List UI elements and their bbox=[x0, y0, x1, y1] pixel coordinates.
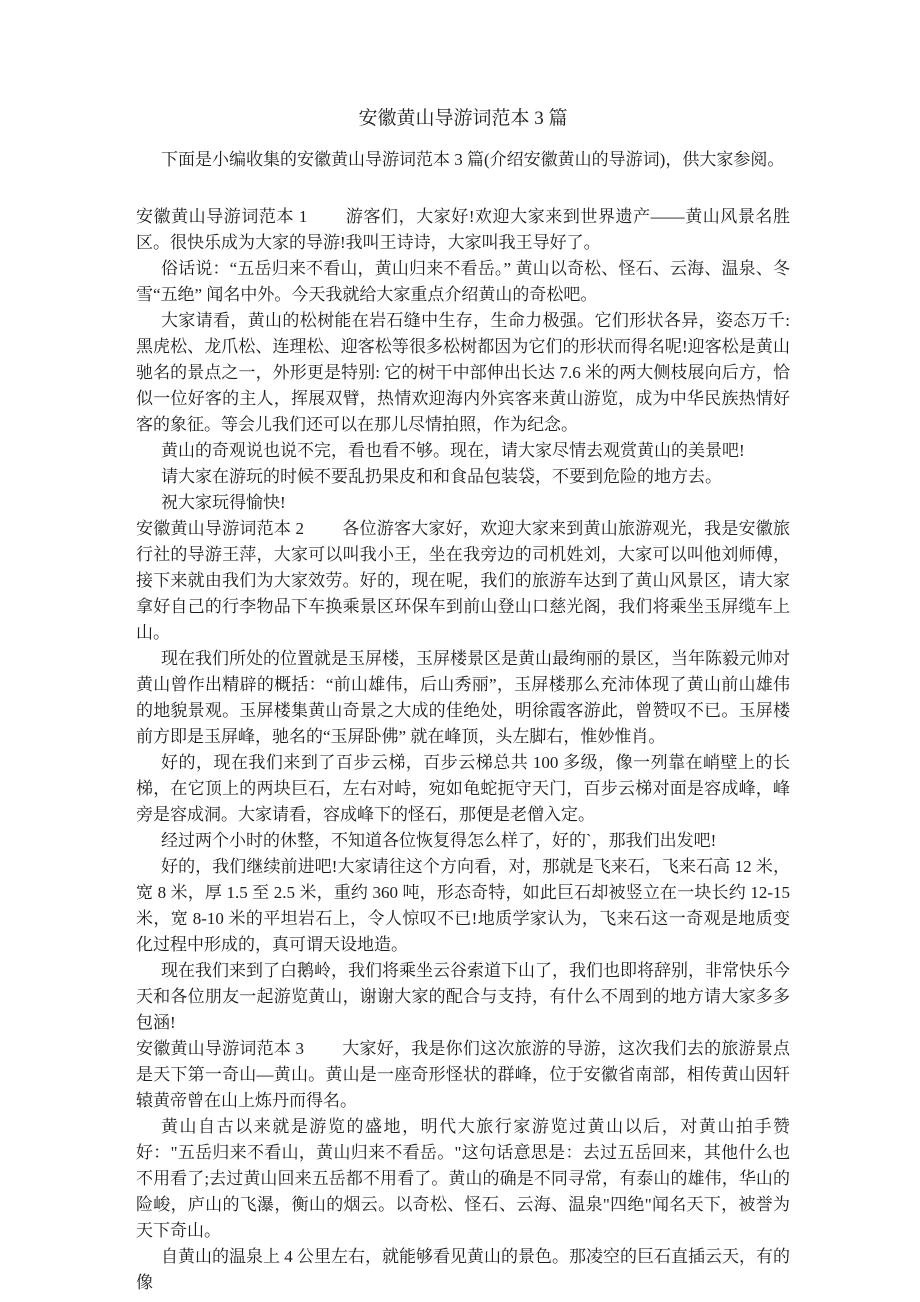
body-paragraph: 俗话说：“五岳归来不看山，黄山归来不看岳。” 黄山以奇松、怪石、云海、温泉、冬雪… bbox=[136, 256, 790, 308]
body-paragraph: 现在我们来到了白鹅岭，我们将乘坐云谷索道下山了，我们也即将辞别，非常快乐今天和各… bbox=[136, 958, 790, 1036]
document-body: 安徽黄山导游词范本 1游客们，大家好!欢迎大家来到世界遗产——黄山风景名胜区。很… bbox=[136, 204, 790, 1296]
document-title: 安徽黄山导游词范本 3 篇 bbox=[136, 106, 790, 132]
body-paragraph: 现在我们所处的位置就是玉屏楼，玉屏楼景区是黄山最绚丽的景区，当年陈毅元帅对黄山曾… bbox=[136, 646, 790, 750]
body-paragraph: 祝大家玩得愉快! bbox=[136, 490, 790, 516]
body-paragraph: 好的，现在我们来到了百步云梯，百步云梯总共 100 多级，像一列靠在峭壁上的长梯… bbox=[136, 750, 790, 828]
body-paragraph: 黄山的奇观说也说不完，看也看不够。现在，请大家尽情去观赏黄山的美景吧! bbox=[136, 438, 790, 464]
body-paragraph: 黄山自古以来就是游览的盛地，明代大旅行家游览过黄山以后，对黄山拍手赞好："五岳归… bbox=[136, 1114, 790, 1244]
section-3-opening: 安徽黄山导游词范本 3大家好，我是你们这次旅游的导游，这次我们去的旅游景点是天下… bbox=[136, 1036, 790, 1114]
body-paragraph: 请大家在游玩的时候不要乱扔果皮和和食品包装袋，不要到危险的地方去。 bbox=[136, 464, 790, 490]
section-3-heading: 安徽黄山导游词范本 3 bbox=[136, 1039, 342, 1058]
body-paragraph: 大家请看，黄山的松树能在岩石缝中生存，生命力极强。它们形状各异，姿态万千: 黑虎… bbox=[136, 308, 790, 438]
document-page: 安徽黄山导游词范本 3 篇 下面是小编收集的安徽黄山导游词范本 3 篇(介绍安徽… bbox=[0, 0, 920, 1302]
section-2-opening: 安徽黄山导游词范本 2各位游客大家好，欢迎大家来到黄山旅游观光，我是安徽旅行社的… bbox=[136, 516, 790, 646]
body-paragraph: 好的，我们继续前进吧!大家请往这个方向看，对，那就是飞来石，飞来石高 12 米，… bbox=[136, 854, 790, 958]
section-2-heading: 安徽黄山导游词范本 2 bbox=[136, 519, 342, 538]
section-1-heading: 安徽黄山导游词范本 1 bbox=[136, 207, 345, 226]
intro-paragraph: 下面是小编收集的安徽黄山导游词范本 3 篇(介绍安徽黄山的导游词)，供大家参阅。 bbox=[136, 147, 790, 173]
body-paragraph: 自黄山的温泉上 4 公里左右，就能够看见黄山的景色。那凌空的巨石直插云天，有的像 bbox=[136, 1244, 790, 1296]
body-paragraph: 经过两个小时的休整，不知道各位恢复得怎么样了，好的`，那我们出发吧! bbox=[136, 828, 790, 854]
section-1-opening: 安徽黄山导游词范本 1游客们，大家好!欢迎大家来到世界遗产——黄山风景名胜区。很… bbox=[136, 204, 790, 256]
